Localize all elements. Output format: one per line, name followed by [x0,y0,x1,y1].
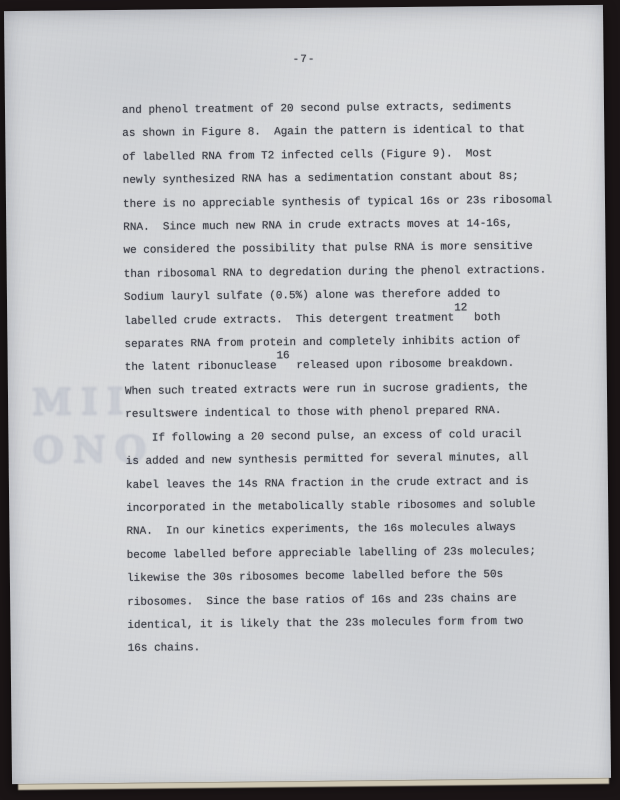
text-line: 16s chains. [128,634,557,662]
superscript-reference: 12 [454,297,467,321]
photo-background: MII ONO -7- and phenol treatment of 20 s… [0,0,620,800]
document-page: MII ONO -7- and phenol treatment of 20 s… [4,5,611,784]
text-line: identical, it is likely that the 23s mol… [127,610,556,638]
page-number: -7- [4,51,603,69]
superscript-reference: 16 [276,346,289,370]
typed-text-body: and phenol treatment of 20 second pulse … [122,95,557,661]
